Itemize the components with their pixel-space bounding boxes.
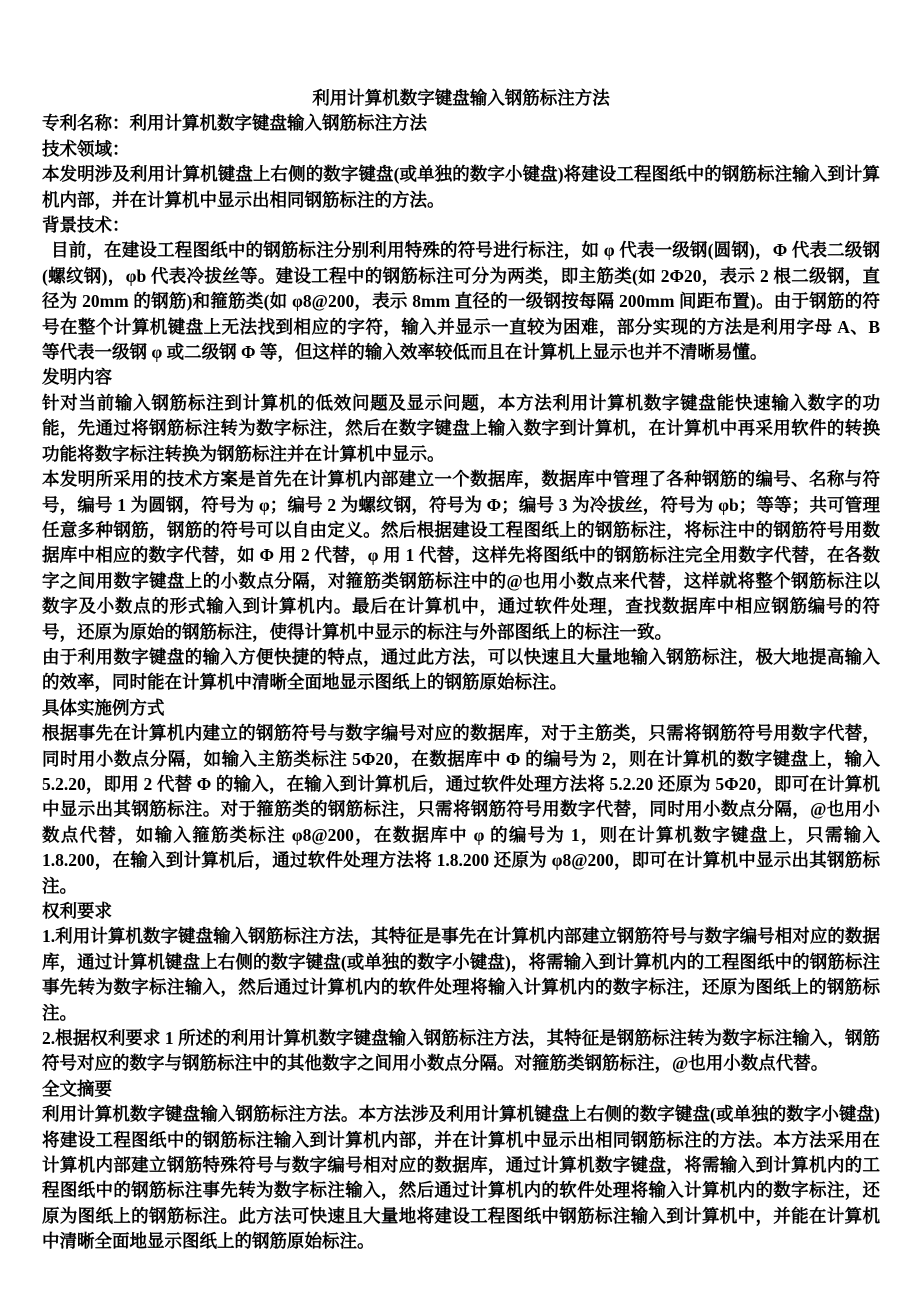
patent-title: 利用计算机数字键盘输入钢筋标注方法 bbox=[42, 86, 880, 111]
heading-embodiment: 具体实施例方式 bbox=[42, 696, 880, 721]
para-invention-scheme: 本发明所采用的技术方案是首先在计算机内部建立一个数据库，数据库中管理了各种钢筋的… bbox=[42, 467, 880, 645]
patent-name-line: 专利名称：利用计算机数字键盘输入钢筋标注方法 bbox=[42, 111, 880, 136]
para-abstract: 利用计算机数字键盘输入钢筋标注方法。本方法涉及利用计算机键盘上右侧的数字键盘(或… bbox=[42, 1102, 880, 1254]
para-background: 目前，在建设工程图纸中的钢筋标注分别利用特殊的符号进行标注，如 φ 代表一级钢(… bbox=[42, 238, 880, 365]
heading-abstract: 全文摘要 bbox=[42, 1077, 880, 1102]
para-invention-benefit: 由于利用数字键盘的输入方便快捷的特点，通过此方法，可以快速且大量地输入钢筋标注，… bbox=[42, 645, 880, 696]
patent-document-page: 利用计算机数字键盘输入钢筋标注方法 专利名称：利用计算机数字键盘输入钢筋标注方法… bbox=[0, 0, 920, 1302]
claim-2: 2.根据权利要求 1 所述的利用计算机数字键盘输入钢筋标注方法，其特征是钢筋标注… bbox=[42, 1026, 880, 1077]
heading-claims: 权利要求 bbox=[42, 899, 880, 924]
claim-1: 1.利用计算机数字键盘输入钢筋标注方法，其特征是事先在计算机内部建立钢筋符号与数… bbox=[42, 924, 880, 1026]
para-technical-field: 本发明涉及利用计算机键盘上右侧的数字键盘(或单独的数字小键盘)将建设工程图纸中的… bbox=[42, 162, 880, 213]
heading-invention-content: 发明内容 bbox=[42, 365, 880, 390]
para-embodiment: 根据事先在计算机内建立的钢筋符号与数字编号对应的数据库，对于主筋类，只需将钢筋符… bbox=[42, 721, 880, 899]
heading-background: 背景技术： bbox=[42, 213, 880, 238]
heading-technical-field: 技术领域： bbox=[42, 137, 880, 162]
para-invention-overview: 针对当前输入钢筋标注到计算机的低效问题及显示问题，本方法利用计算机数字键盘能快速… bbox=[42, 391, 880, 467]
